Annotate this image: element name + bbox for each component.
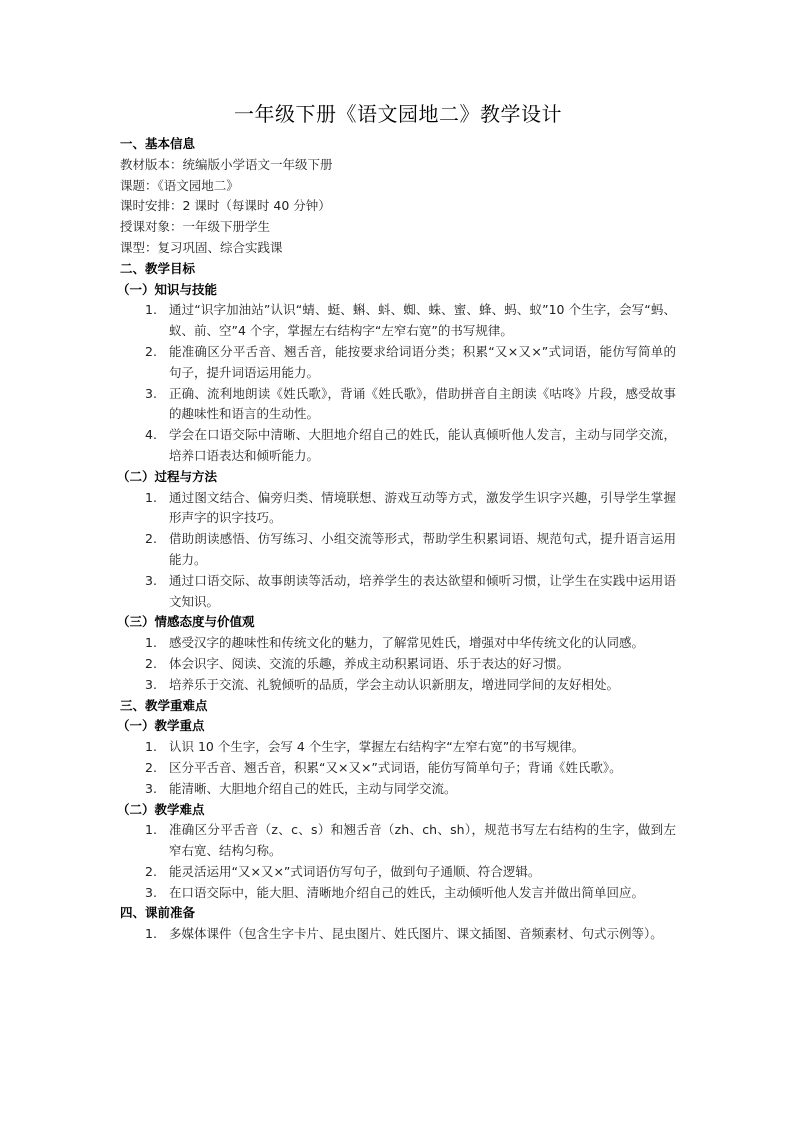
- list-item: 2.能准确区分平舌音、翘舌音，能按要求给词语分类；积累“又×又×”式词语，能仿写…: [120, 342, 676, 384]
- list-item: 2.区分平舌音、翘舌音，积累“又×又×”式词语，能仿写简单句子；背诵《姓氏歌》。: [120, 758, 676, 779]
- subsection-heading: （一）知识与技能: [117, 280, 676, 301]
- values-list: 1.感受汉字的趣味性和传统文化的魅力，了解常见姓氏，增强对中华传统文化的认同感。…: [120, 633, 676, 695]
- list-item: 1.通过图文结合、偏旁归类、情境联想、游戏互动等方式，激发学生识字兴趣，引导学生…: [120, 488, 676, 530]
- subsection-heading: （二）教学难点: [117, 800, 676, 821]
- list-item: 3.能清晰、大胆地介绍自己的姓氏，主动与同学交流。: [120, 779, 676, 800]
- list-item: 2.借助朗读感悟、仿写练习、小组交流等形式，帮助学生积累词语、规范句式，提升语言…: [120, 529, 676, 571]
- subsection-heading: （二）过程与方法: [117, 467, 676, 488]
- info-audience: 授课对象：一年级下册学生: [120, 217, 676, 238]
- list-item: 2.能灵活运用“又×又×”式词语仿写句子，做到句子通顺、符合逻辑。: [120, 862, 676, 883]
- subsection-heading: （三）情感态度与价值观: [117, 612, 676, 633]
- list-item: 1.认识 10 个生字，会写 4 个生字，掌握左右结构字“左窄右宽”的书写规律。: [120, 737, 676, 758]
- section-heading: 一、基本信息: [120, 134, 676, 155]
- list-item: 3.通过口语交际、故事朗读等活动，培养学生的表达欲望和倾听习惯，让学生在实践中运…: [120, 571, 676, 613]
- list-item: 2.体会识字、阅读、交流的乐趣，养成主动积累词语、乐于表达的好习惯。: [120, 654, 676, 675]
- difficulty-list: 1.准确区分平舌音（z、c、s）和翘舌音（zh、ch、sh），规范书写左右结构的…: [120, 820, 676, 903]
- section-heading: 四、课前准备: [120, 903, 676, 924]
- list-item: 1.通过“识字加油站”认识“蜻、蜓、蝌、蚪、蜘、蛛、蜜、蜂、蚂、蚁”10 个生字…: [120, 300, 676, 342]
- section-objectives: 二、教学目标 （一）知识与技能 1.通过“识字加油站”认识“蜻、蜓、蝌、蚪、蜘、…: [120, 259, 676, 696]
- list-item: 1.感受汉字的趣味性和传统文化的魅力，了解常见姓氏，增强对中华传统文化的认同感。: [120, 633, 676, 654]
- key-point-list: 1.认识 10 个生字，会写 4 个生字，掌握左右结构字“左窄右宽”的书写规律。…: [120, 737, 676, 799]
- info-topic: 课题：《语文园地二》: [120, 176, 676, 197]
- method-list: 1.通过图文结合、偏旁归类、情境联想、游戏互动等方式，激发学生识字兴趣，引导学生…: [120, 488, 676, 613]
- list-item: 4.学会在口语交际中清晰、大胆地介绍自己的姓氏，能认真倾听他人发言，主动与同学交…: [120, 425, 676, 467]
- section-heading: 三、教学重难点: [120, 696, 676, 717]
- section-heading: 二、教学目标: [120, 259, 676, 280]
- document-title: 一年级下册《语文园地二》教学设计: [120, 100, 676, 128]
- info-schedule: 课时安排：2 课时（每课时 40 分钟）: [120, 196, 676, 217]
- list-item: 1.多媒体课件（包含生字卡片、昆虫图片、姓氏图片、课文插图、音频素材、句式示例等…: [120, 924, 676, 945]
- document-page: 一年级下册《语文园地二》教学设计 一、基本信息 教材版本：统编版小学语文一年级下…: [120, 100, 676, 945]
- info-textbook: 教材版本：统编版小学语文一年级下册: [120, 155, 676, 176]
- subsection-heading: （一）教学重点: [117, 716, 676, 737]
- objective-list: 1.通过“识字加油站”认识“蜻、蜓、蝌、蚪、蜘、蛛、蜜、蜂、蚂、蚁”10 个生字…: [120, 300, 676, 466]
- section-basic-info: 一、基本信息 教材版本：统编版小学语文一年级下册 课题：《语文园地二》 课时安排…: [120, 134, 676, 259]
- list-item: 3.培养乐于交流、礼貌倾听的品质，学会主动认识新朋友，增进同学间的友好相处。: [120, 675, 676, 696]
- list-item: 1.准确区分平舌音（z、c、s）和翘舌音（zh、ch、sh），规范书写左右结构的…: [120, 820, 676, 862]
- info-type: 课型：复习巩固、综合实践课: [120, 238, 676, 259]
- section-preparation: 四、课前准备 1.多媒体课件（包含生字卡片、昆虫图片、姓氏图片、课文插图、音频素…: [120, 903, 676, 945]
- list-item: 3.正确、流利地朗读《姓氏歌》，背诵《姓氏歌》，借助拼音自主朗读《咕咚》片段，感…: [120, 384, 676, 426]
- list-item: 3.在口语交际中，能大胆、清晰地介绍自己的姓氏，主动倾听他人发言并做出简单回应。: [120, 883, 676, 904]
- section-key-points: 三、教学重难点 （一）教学重点 1.认识 10 个生字，会写 4 个生字，掌握左…: [120, 696, 676, 904]
- preparation-list: 1.多媒体课件（包含生字卡片、昆虫图片、姓氏图片、课文插图、音频素材、句式示例等…: [120, 924, 676, 945]
